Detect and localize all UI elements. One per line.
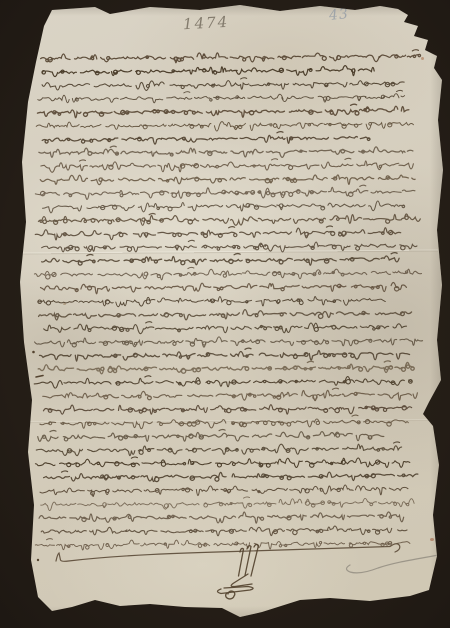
handwriting-line: [42, 253, 400, 267]
handwriting-line: [34, 374, 412, 388]
margin-dash: [36, 376, 43, 378]
handwriting-line: [40, 173, 415, 186]
handwriting-line: [35, 185, 415, 200]
handwriting-line: [39, 347, 409, 362]
handwriting-line: [35, 226, 400, 241]
manuscript-photo-background: 1474 43: [0, 0, 450, 628]
handwriting-line: [40, 282, 406, 294]
margin-marks: [30, 56, 39, 561]
handwriting-line: [37, 104, 408, 119]
handwriting-line: [38, 361, 414, 375]
handwriting-line: [38, 90, 405, 104]
handwriting-line: [42, 239, 417, 253]
handwriting-line: [35, 336, 423, 349]
handwriting-line: [41, 496, 414, 511]
handwriting-line: [43, 388, 418, 403]
handwriting-line: [43, 201, 405, 213]
handwriting-line: [39, 309, 412, 321]
handwriting-line: [35, 455, 409, 469]
handwriting-line: [39, 511, 404, 524]
pencil-flourish: [347, 552, 450, 573]
handwriting-line: [35, 536, 410, 550]
handwriting-line: [40, 485, 408, 497]
handwriting-line: [38, 428, 384, 442]
handwriting-line: [38, 212, 420, 227]
handwriting-line: [36, 442, 401, 456]
handwriting-line: [38, 296, 386, 308]
handwriting-block: [0, 0, 450, 628]
handwriting-line: [43, 403, 411, 416]
handwriting-line: [41, 526, 407, 537]
handwriting-line: [42, 131, 370, 145]
handwriting-line: [34, 266, 421, 281]
handwriting-line: [39, 144, 413, 159]
notarial-rubric: [218, 544, 259, 599]
handwriting-line: [41, 50, 421, 64]
manuscript-paper: 1474 43: [0, 0, 450, 628]
handwriting-line: [42, 77, 404, 91]
handwriting-line: [44, 469, 418, 483]
handwriting-line: [42, 65, 374, 77]
handwriting-line: [40, 415, 408, 430]
handwriting-line: [41, 158, 414, 173]
handwriting-line: [44, 320, 407, 334]
handwriting-line: [36, 120, 413, 132]
